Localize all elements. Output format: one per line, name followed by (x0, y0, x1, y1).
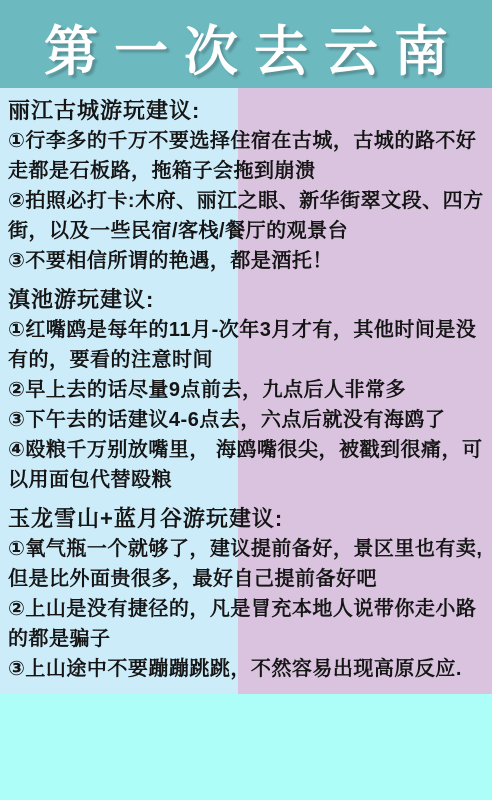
tip-item: ③不要相信所谓的艳遇，都是酒托！ (8, 246, 484, 276)
section-heading: 玉龙雪山+蓝月谷游玩建议: (8, 495, 484, 534)
tip-section: 滇池游玩建议:①红嘴鸥是每年的11月-次年3月才有，其他时间是没有的，要看的注意… (8, 276, 484, 495)
page-title: 第一次去云南 (28, 3, 464, 86)
tip-item: ②拍照必打卡:木府、丽江之眼、新华街翠文段、四方街，以及一些民宿/客栈/餐厅的观… (8, 186, 484, 246)
tip-item: ①红嘴鸥是每年的11月-次年3月才有，其他时间是没有的，要看的注意时间 (8, 315, 484, 375)
tip-item: ①氧气瓶一个就够了，建议提前备好，景区里也有卖, 但是比外面贵很多，最好自己提前… (8, 534, 484, 594)
tip-item: ②上山是没有捷径的，凡是冒充本地人说带你走小路的都是骗子 (8, 594, 484, 654)
tip-item: ③下午去的话建议4-6点去，六点后就没有海鸥了 (8, 405, 484, 435)
tip-item: ③上山途中不要蹦蹦跳跳，不然容易出现高原反应. (8, 654, 484, 684)
tip-item: ②早上去的话尽量9点前去，九点后人非常多 (8, 375, 484, 405)
footer-spacer (0, 694, 492, 800)
section-heading: 滇池游玩建议: (8, 276, 484, 315)
tip-section: 丽江古城游玩建议:①行李多的千万不要选择住宿在古城，古城的路不好走都是石板路，拖… (8, 95, 484, 276)
tip-item: ①行李多的千万不要选择住宿在古城，古城的路不好走都是石板路，拖箱子会拖到崩溃 (8, 126, 484, 186)
tips-content-area: 丽江古城游玩建议:①行李多的千万不要选择住宿在古城，古城的路不好走都是石板路，拖… (0, 88, 492, 694)
tip-section: 玉龙雪山+蓝月谷游玩建议:①氧气瓶一个就够了，建议提前备好，景区里也有卖, 但是… (8, 495, 484, 684)
tip-item: ④殴粮千万别放嘴里， 海鸥嘴很尖，被戳到很痛，可以用面包代替殴粮 (8, 435, 484, 495)
travel-tips-poster: 第一次去云南 丽江古城游玩建议:①行李多的千万不要选择住宿在古城，古城的路不好走… (0, 0, 492, 800)
title-banner: 第一次去云南 (0, 0, 492, 88)
section-heading: 丽江古城游玩建议: (8, 95, 484, 126)
